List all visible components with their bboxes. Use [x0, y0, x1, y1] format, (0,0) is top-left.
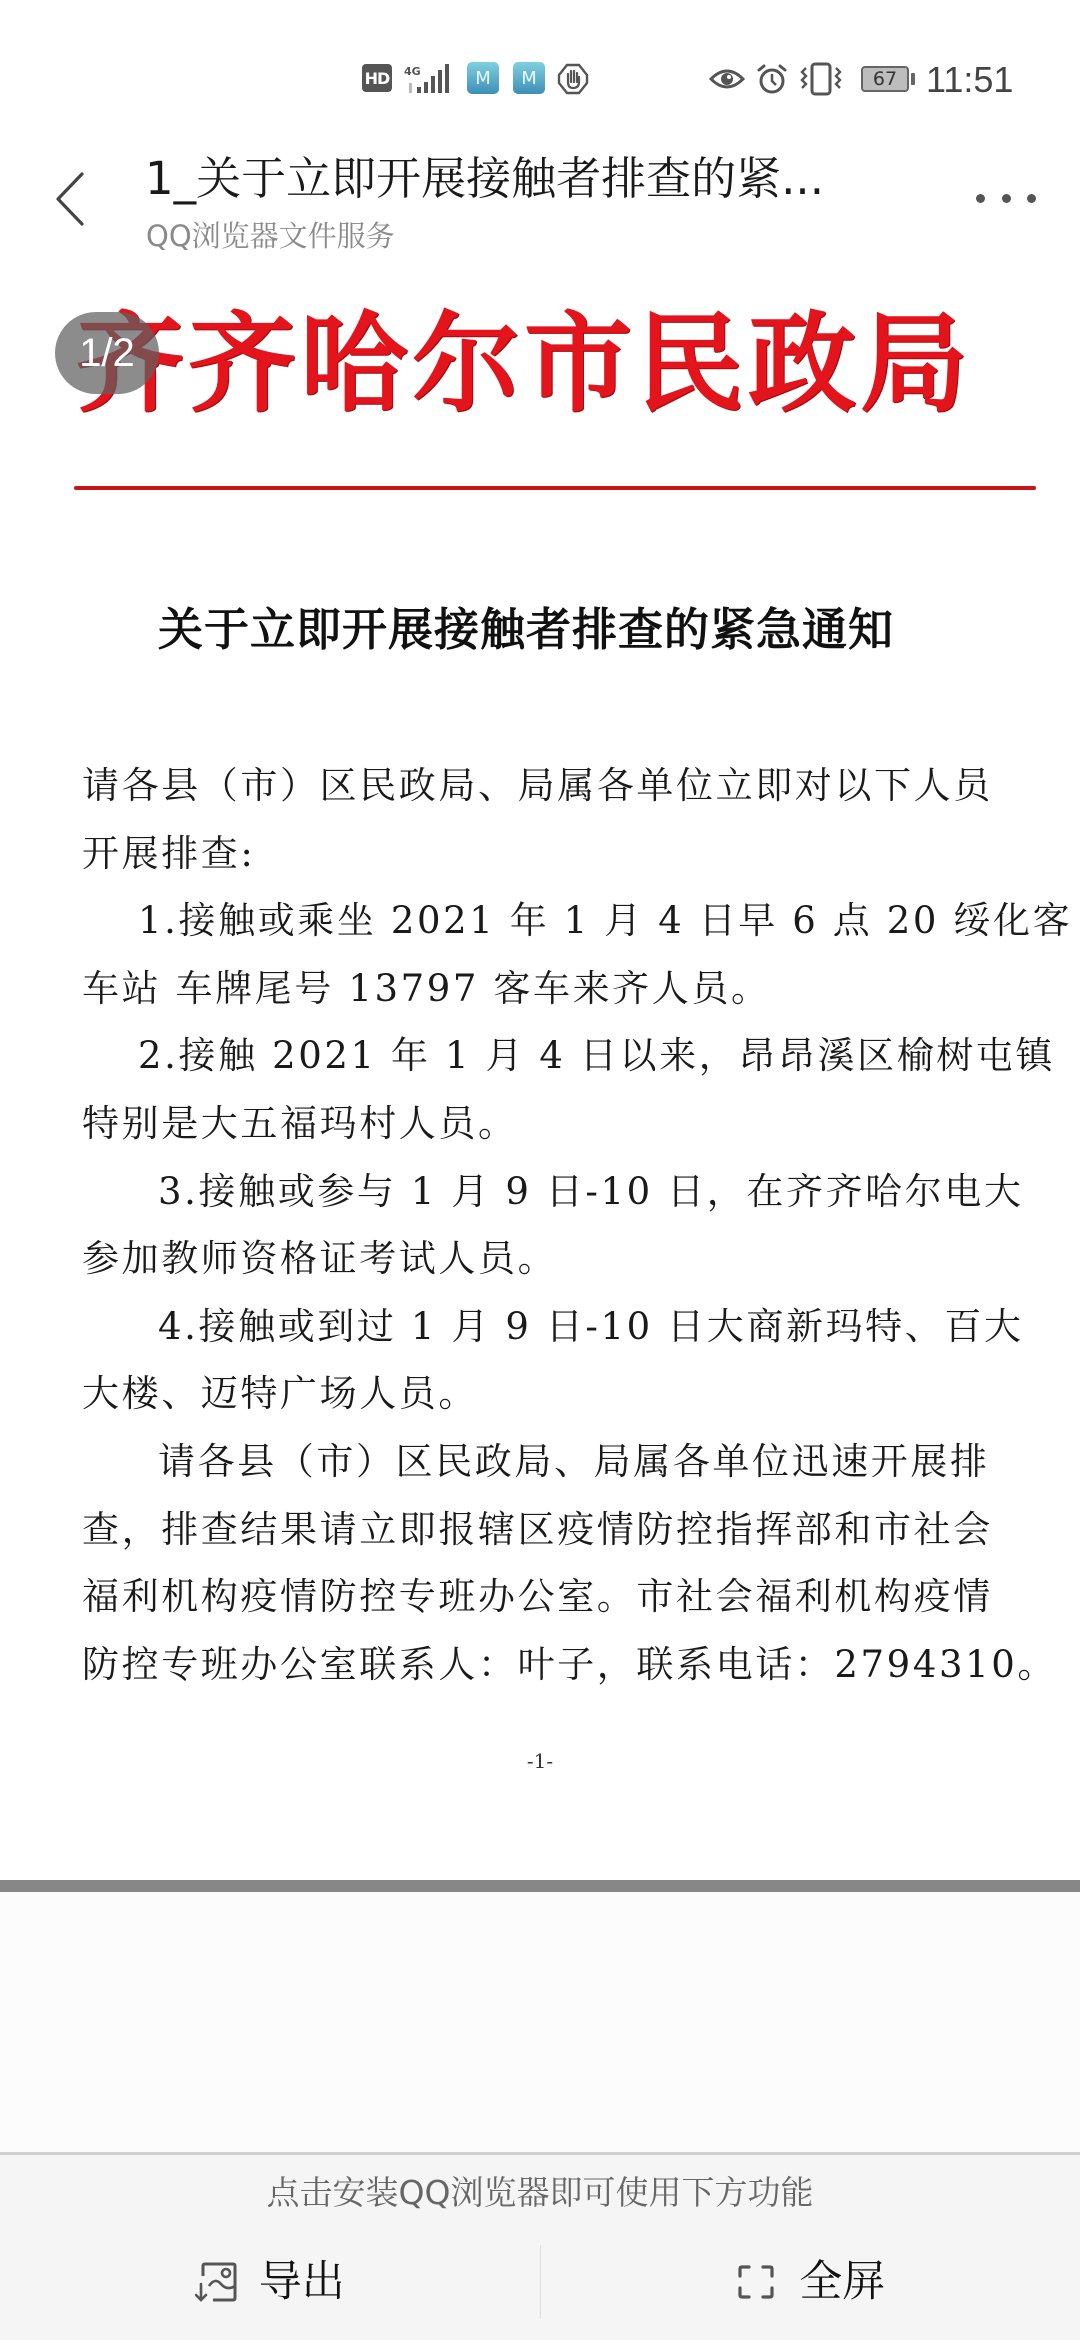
body-line: 开展排查: — [82, 820, 982, 888]
notice-title: 关于立即开展接触者排查的紧急通知 — [0, 600, 1080, 660]
closing-paragraph: 请各县（市）区民政局、局属各单位迅速开展排 — [82, 1428, 982, 1496]
list-item-4: 4.接触或到过 1 月 9 日-10 日大商新玛特、百大 — [82, 1293, 982, 1361]
install-browser-hint[interactable]: 点击安装QQ浏览器即可使用下方功能 — [0, 2173, 1080, 2213]
chevron-left-icon — [52, 171, 88, 227]
more-menu-button[interactable] — [966, 176, 1046, 220]
letterhead: 齐齐哈尔市民政局 — [76, 299, 986, 429]
alarm-icon — [756, 64, 788, 94]
body-line: 大楼、迈特广场人员。 — [82, 1360, 982, 1428]
hd-icon: HD — [362, 64, 392, 92]
export-image-icon — [195, 2261, 237, 2303]
document-page[interactable]: 1/2 齐齐哈尔市民政局 关于立即开展接触者排查的紧急通知 请各县（市）区民政局… — [0, 269, 1080, 1880]
page-number: -1- — [0, 1749, 1080, 1773]
contact-line: 防控专班办公室联系人：叶子，联系电话：2794310。 — [82, 1631, 982, 1699]
battery-icon: 67 — [860, 64, 916, 94]
back-button[interactable] — [40, 164, 100, 234]
app-header: 1_关于立即开展接触者排查的紧... QQ浏览器文件服务 — [0, 120, 1080, 268]
fullscreen-button[interactable]: 全屏 — [541, 2245, 1080, 2319]
body-line: 特别是大五福玛村人员。 — [82, 1090, 982, 1158]
list-item-1: 1.接触或乘坐 2021 年 1 月 4 日早 6 点 20 绥化客 — [82, 887, 982, 955]
body-line: 请各县（市）区民政局、局属各单位立即对以下人员 — [82, 752, 982, 820]
svg-text:4G: 4G — [404, 65, 421, 78]
hand-stop-icon — [557, 64, 589, 94]
battery-tip — [911, 73, 915, 85]
more-horizontal-icon — [1027, 194, 1036, 203]
status-bar: HD 4G M M — [0, 0, 1080, 120]
clock-time: 11:51 — [926, 60, 1022, 100]
page-separator — [0, 1880, 1080, 1892]
more-horizontal-icon — [976, 194, 985, 203]
fullscreen-label: 全屏 — [799, 2257, 885, 2307]
body-line: 车站 车牌尾号 13797 客车来齐人员。 — [82, 955, 982, 1023]
battery-level: 67 — [861, 66, 909, 92]
document-title: 1_关于立即开展接触者排查的紧... — [145, 150, 945, 208]
next-document-page[interactable] — [0, 1892, 1080, 2153]
export-button[interactable]: 导出 — [0, 2245, 540, 2319]
more-horizontal-icon — [1002, 194, 1011, 203]
eye-icon — [709, 64, 745, 94]
app-m-icon: M — [467, 62, 499, 94]
list-item-3: 3.接触或参与 1 月 9 日-10 日，在齐齐哈尔电大 — [82, 1158, 982, 1226]
body-line: 查，排查结果请立即报辖区疫情防控指挥部和市社会 — [82, 1496, 982, 1564]
bottom-toolbar: 点击安装QQ浏览器即可使用下方功能 导出 — [0, 2152, 1080, 2340]
body-line: 参加教师资格证考试人员。 — [82, 1225, 982, 1293]
app-m-icon: M — [513, 62, 545, 94]
notice-body: 请各县（市）区民政局、局属各单位立即对以下人员 开展排查: 1.接触或乘坐 20… — [82, 752, 982, 1698]
letterhead-red-rule — [74, 486, 1036, 490]
document-source: QQ浏览器文件服务 — [146, 218, 395, 254]
list-item-2: 2.接触 2021 年 1 月 4 日以来，昂昂溪区榆树屯镇 — [82, 1022, 982, 1090]
body-line: 福利机构疫情防控专班办公室。市社会福利机构疫情 — [82, 1563, 982, 1631]
4g-signal-icon: 4G — [403, 64, 459, 94]
fullscreen-icon — [735, 2261, 777, 2303]
vibrate-icon — [799, 64, 843, 94]
page-indicator: 1/2 — [55, 312, 159, 394]
action-row: 导出 全屏 — [0, 2245, 1080, 2319]
export-label: 导出 — [259, 2257, 345, 2307]
